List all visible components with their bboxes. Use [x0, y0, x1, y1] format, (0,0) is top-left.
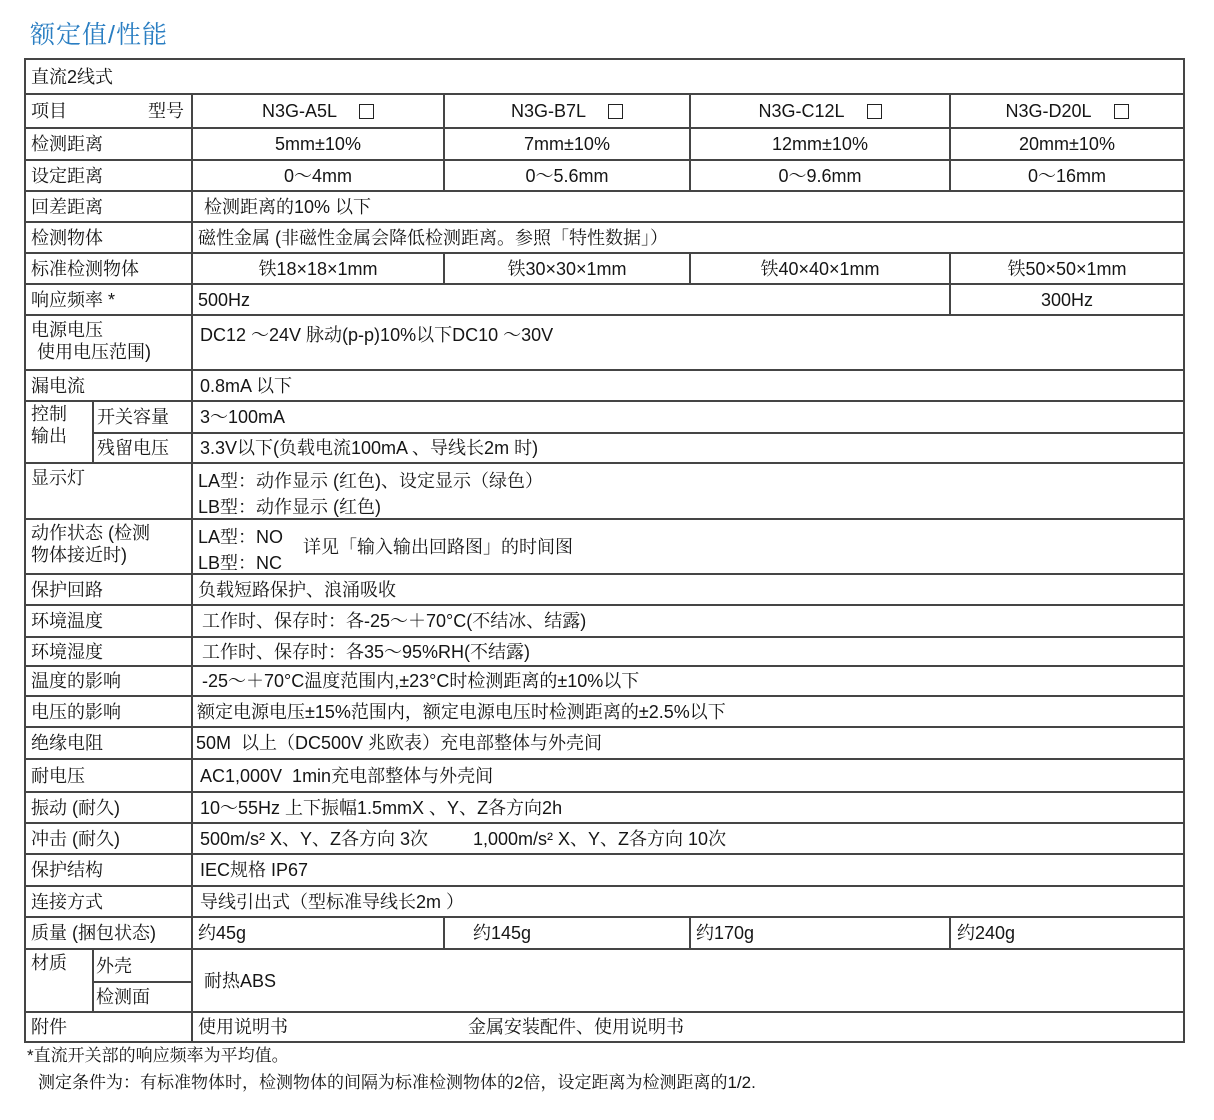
row-label-connection: 连接方式: [26, 887, 193, 918]
row-label-hysteresis: 回差距离: [26, 192, 193, 223]
model-name: N3G-D20L: [1005, 100, 1091, 122]
switching-capacity-value: 3～100mA: [193, 402, 1185, 434]
header-item-model-cell: 项目 型号: [26, 95, 193, 129]
indicator-value: LA型：动作显示 (红色)、设定显示（绿色） LB型：动作显示 (红色): [193, 464, 1185, 520]
placeholder-square-icon: [1114, 104, 1129, 119]
protection-circuit-value: 负载短路保护、浪涌吸收: [193, 575, 1185, 606]
row-label-detect-distance: 检测距离: [26, 129, 193, 161]
accessories-others: 金属安装配件、使用说明书: [468, 1013, 684, 1041]
standard-object-a5l: 铁18×18×1mm: [193, 254, 445, 285]
operation-state-value: LA型：NO LB型：NC 详见「输入输出回路图」的时间图: [193, 520, 1185, 575]
supply-voltage-value: DC12 ～24V 脉动(p-p)10%以下DC10 ～30V: [193, 316, 1185, 371]
model-header-a5l: N3G-A5L: [193, 95, 445, 129]
dielectric-strength-value: AC1,000V 1min充电部整体与外壳间: [193, 760, 1185, 793]
model-name: N3G-A5L: [262, 100, 337, 122]
row-label-protection-circuit: 保护回路: [26, 575, 193, 606]
response-frequency-d20l: 300Hz: [951, 285, 1185, 316]
indicator-line-la: LA型：动作显示 (红色)、设定显示（绿色）: [198, 468, 543, 494]
operation-line-lb: LB型：NC: [198, 550, 282, 575]
row-label-protective-structure: 保护结构: [26, 855, 193, 887]
label-line: 输出: [31, 425, 67, 447]
row-label-voltage-influence: 电压的影响: [26, 697, 193, 728]
row-label-detect-object: 检测物体: [26, 223, 193, 254]
accessories-value: 使用说明书 金属安装配件、使用说明书: [193, 1013, 1185, 1043]
datasheet-page: 额定值/性能 直流2线式 项目 型号 N3G-A5L N3G-B7L N3G-C…: [0, 0, 1214, 1120]
detect-distance-a5l: 5mm±10%: [193, 129, 445, 161]
sub-label-residual-voltage: 残留电压: [94, 434, 193, 464]
accessories-a5l: 使用说明书: [198, 1016, 288, 1038]
placeholder-square-icon: [867, 104, 882, 119]
row-label-shock: 冲击 (耐久): [26, 824, 193, 855]
response-frequency-a-c: 500Hz: [193, 285, 951, 316]
placeholder-square-icon: [608, 104, 623, 119]
residual-voltage-value: 3.3V以下(负载电流100mA 、导线长2m 时): [193, 434, 1185, 464]
detect-distance-b7l: 7mm±10%: [445, 129, 691, 161]
row-label-supply-voltage: 电源电压 使用电压范围): [26, 316, 193, 371]
voltage-influence-value: 额定电源电压±15%范围内，额定电源电压时检测距离的±2.5%以下: [193, 697, 1185, 728]
row-label-set-distance: 设定距离: [26, 161, 193, 192]
indicator-line-lb: LB型：动作显示 (红色): [198, 494, 381, 520]
detect-distance-d20l: 20mm±10%: [951, 129, 1185, 161]
section-header: 直流2线式: [26, 60, 1185, 95]
protective-structure-value: IEC规格 IP67: [193, 855, 1185, 887]
set-distance-a5l: 0～4mm: [193, 161, 445, 192]
row-label-material: 材质: [26, 950, 94, 1013]
row-label-vibration: 振动 (耐久): [26, 793, 193, 824]
spec-table: 直流2线式 项目 型号 N3G-A5L N3G-B7L N3G-C12L N3G…: [24, 58, 1185, 1043]
timing-chart-note: 详见「输入输出回路图」的时间图: [303, 520, 573, 573]
label-line: 物体接近时): [31, 544, 127, 566]
operation-line-la: LA型：NO: [198, 524, 283, 550]
model-header-c12l: N3G-C12L: [691, 95, 951, 129]
leakage-current-value: 0.8mA 以下: [193, 371, 1185, 402]
detect-distance-c12l: 12mm±10%: [691, 129, 951, 161]
label-line: 使用电压范围): [31, 341, 151, 363]
weight-b7l: 约145g: [445, 918, 691, 950]
row-label-indicator: 显示灯: [26, 464, 193, 520]
row-label-operation-state: 动作状态 (检测 物体接近时): [26, 520, 193, 575]
model-name: N3G-B7L: [511, 100, 586, 122]
label-line: 控制: [31, 403, 67, 425]
label-line: 电源电压: [31, 319, 103, 341]
insulation-resistance-value: 50M 以上（DC500V 兆欧表）充电部整体与外壳间: [193, 728, 1185, 760]
placeholder-square-icon: [359, 104, 374, 119]
detect-object-value: 磁性金属 (非磁性金属会降低检测距离。参照「特性数据」）: [193, 223, 1185, 254]
connection-value: 导线引出式（型标准导线长2m ）: [193, 887, 1185, 918]
row-label-temperature-influence: 温度的影响: [26, 667, 193, 697]
shock-value-1000: 1,000m/s² X、Y、Z各方向 10次: [473, 824, 726, 853]
vibration-value: 10～55Hz 上下振幅1.5mmX 、Y、Z各方向2h: [193, 793, 1185, 824]
model-header-b7l: N3G-B7L: [445, 95, 691, 129]
material-value: 耐热ABS: [193, 950, 1185, 1013]
weight-c12l: 约170g: [691, 918, 951, 950]
set-distance-b7l: 0～5.6mm: [445, 161, 691, 192]
sub-label-switching-capacity: 开关容量: [94, 402, 193, 434]
row-label-insulation-resistance: 绝缘电阻: [26, 728, 193, 760]
row-label-leakage-current: 漏电流: [26, 371, 193, 402]
row-label-dielectric-strength: 耐电压: [26, 760, 193, 793]
row-label-control-output: 控制 输出: [26, 402, 94, 464]
shock-value-500: 500m/s² X、Y、Z各方向 3次: [200, 828, 428, 850]
row-label-response-frequency: 响应频率 *: [26, 285, 193, 316]
item-label: 项目: [31, 100, 67, 122]
set-distance-c12l: 0～9.6mm: [691, 161, 951, 192]
page-title: 额定值/性能: [30, 19, 168, 51]
footnote-response-frequency: *直流开关部的响应频率为平均值。: [27, 1045, 289, 1067]
model-name: N3G-C12L: [758, 100, 844, 122]
label-line: 动作状态 (检测: [31, 522, 150, 544]
row-label-weight: 质量 (捆包状态): [26, 918, 193, 950]
row-label-accessories: 附件: [26, 1013, 193, 1043]
standard-object-d20l: 铁50×50×1mm: [951, 254, 1185, 285]
hysteresis-value: 检测距离的10% 以下: [193, 192, 1185, 223]
standard-object-b7l: 铁30×30×1mm: [445, 254, 691, 285]
ambient-humidity-value: 工作时、保存时：各35～95%RH(不结露): [193, 638, 1185, 667]
sub-label-sensing-face: 检测面: [94, 983, 193, 1013]
weight-d20l: 约240g: [951, 918, 1185, 950]
standard-object-c12l: 铁40×40×1mm: [691, 254, 951, 285]
footnote-measurement-conditions: 测定条件为：有标准物体时，检测物体的间隔为标准检测物体的2倍，设定距离为检测距离…: [38, 1072, 756, 1094]
ambient-temperature-value: 工作时、保存时：各-25～＋70°C(不结冰、结露): [193, 606, 1185, 638]
weight-a5l: 约45g: [193, 918, 445, 950]
row-label-ambient-humidity: 环境湿度: [26, 638, 193, 667]
row-label-standard-object: 标准检测物体: [26, 254, 193, 285]
shock-value: 500m/s² X、Y、Z各方向 3次 1,000m/s² X、Y、Z各方向 1…: [193, 824, 1185, 855]
model-header-d20l: N3G-D20L: [951, 95, 1185, 129]
temperature-influence-value: -25～＋70°C温度范围内,±23°C时检测距离的±10%以下: [193, 667, 1185, 697]
model-label: 型号: [148, 100, 184, 122]
set-distance-d20l: 0～16mm: [951, 161, 1185, 192]
sub-label-case: 外壳: [94, 950, 193, 983]
row-label-ambient-temperature: 环境温度: [26, 606, 193, 638]
